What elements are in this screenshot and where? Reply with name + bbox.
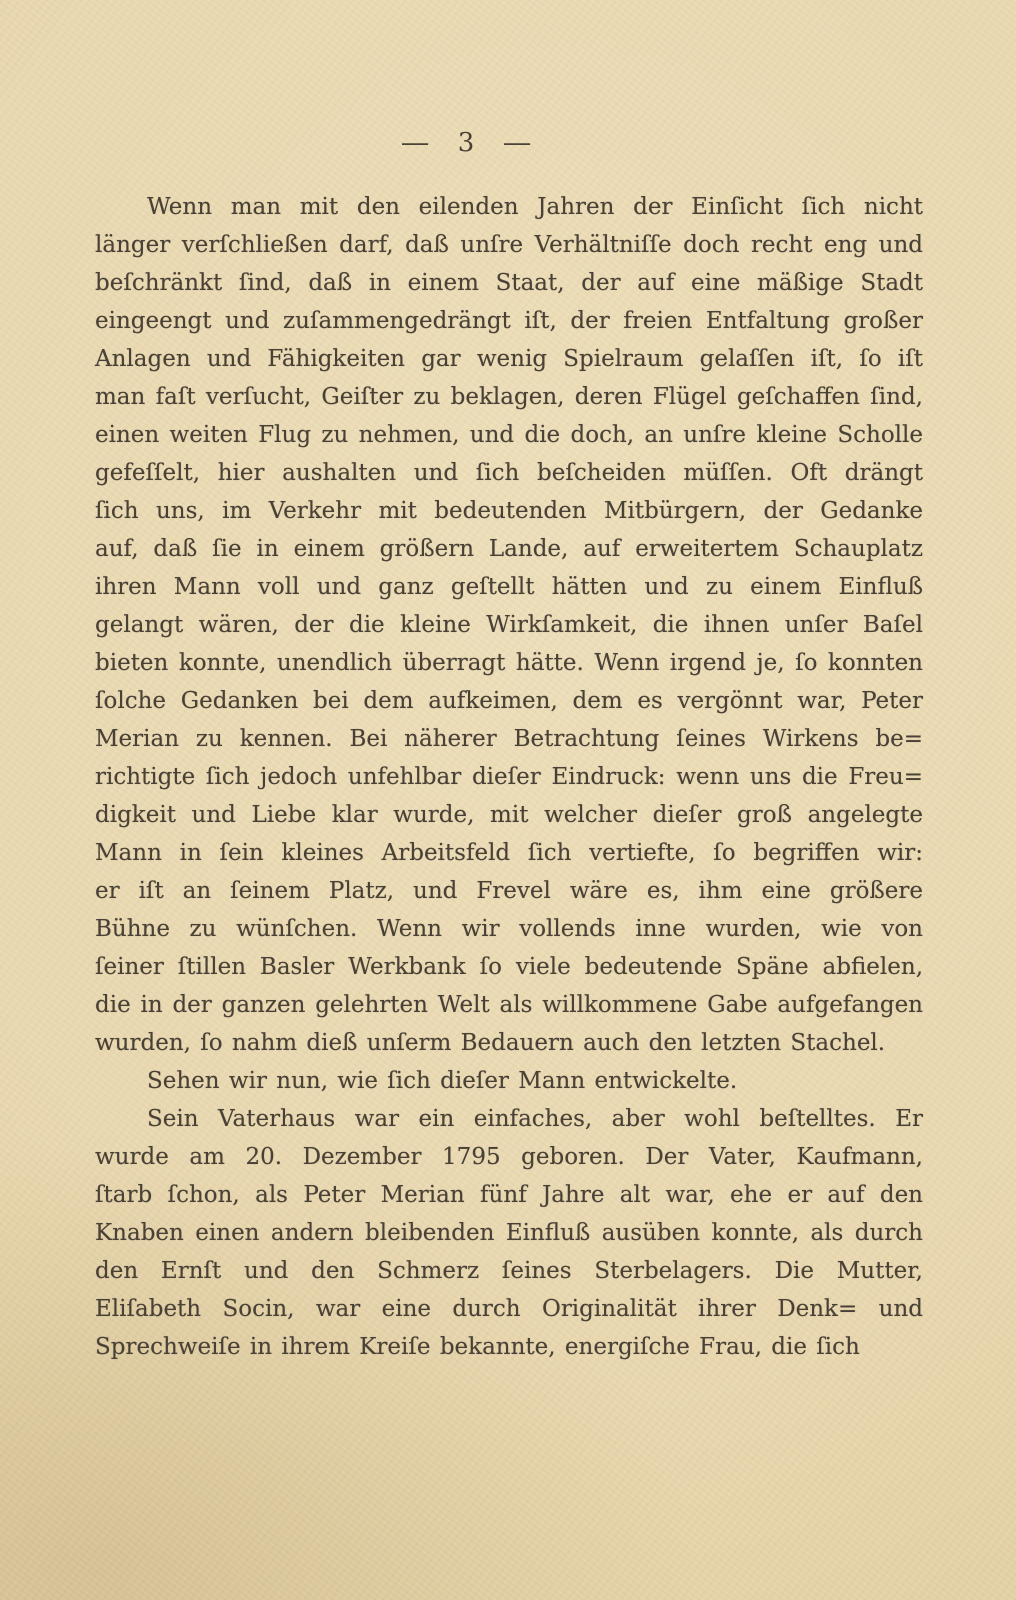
text-line: Bühne zu wünſchen. Wenn wir vollends inn…	[95, 910, 923, 948]
text-line: einen weiten Flug zu nehmen, und die doc…	[95, 416, 923, 454]
text-line: länger verſchließen darf, daß unſre Verh…	[95, 226, 923, 264]
page-text: Wenn man mit den eilenden Jahren der Ein…	[95, 188, 923, 1366]
text-line: Anlagen und Fähigkeiten gar wenig Spielr…	[95, 340, 923, 378]
text-line: gelangt wären, der die kleine Wirkſamkei…	[95, 606, 923, 644]
text-line: beſchränkt ſind, daß in einem Staat, der…	[95, 264, 923, 302]
text-line: Sehen wir nun, wie ſich dieſer Mann entw…	[95, 1062, 923, 1100]
text-line: bieten konnte, unendlich überragt hätte.…	[95, 644, 923, 682]
text-line: den Ernſt und den Schmerz ſeines Sterbel…	[95, 1252, 923, 1290]
text-line: man faſt verſucht, Geiſter zu beklagen, …	[95, 378, 923, 416]
text-line: digkeit und Liebe klar wurde, mit welche…	[95, 796, 923, 834]
page-number-value: 3	[458, 128, 475, 158]
text-line: Sein Vaterhaus war ein einfaches, aber w…	[95, 1100, 923, 1138]
text-line: wurde am 20. Dezember 1795 geboren. Der …	[95, 1138, 923, 1176]
text-line: ſtarb ſchon, als Peter Merian fünf Jahre…	[95, 1176, 923, 1214]
text-line: ſolche Gedanken bei dem aufkeimen, dem e…	[95, 682, 923, 720]
text-line: ſeiner ſtillen Basler Werkbank ſo viele …	[95, 948, 923, 986]
text-line: Wenn man mit den eilenden Jahren der Ein…	[95, 188, 923, 226]
text-line: Mann in ſein kleines Arbeitsfeld ſich ve…	[95, 834, 923, 872]
text-line: Sprechweiſe in ihrem Kreiſe bekannte, en…	[95, 1328, 923, 1366]
text-line: ſich uns, im Verkehr mit bedeutenden Mit…	[95, 492, 923, 530]
text-line: die in der ganzen gelehrten Welt als wil…	[95, 986, 923, 1024]
text-line: ihren Mann voll und ganz geſtellt hätten…	[95, 568, 923, 606]
page-number-dash-left: —	[400, 128, 429, 158]
text-line: Eliſabeth Socin, war eine durch Original…	[95, 1290, 923, 1328]
text-line: auf, daß ſie in einem größern Lande, auf…	[95, 530, 923, 568]
text-line: richtigte ſich jedoch unfehlbar dieſer E…	[95, 758, 923, 796]
text-line: wurden, ſo nahm dieß unſerm Bedauern auc…	[95, 1024, 923, 1062]
text-line: eingeengt und zuſammengedrängt iſt, der …	[95, 302, 923, 340]
text-line: Knaben einen andern bleibenden Einfluß a…	[95, 1214, 923, 1252]
page-number: — 3 —	[0, 128, 932, 158]
text-line: Merian zu kennen. Bei näherer Betrachtun…	[95, 720, 923, 758]
page-number-dash-right: —	[503, 128, 532, 158]
text-line: er iſt an ſeinem Platz, und Frevel wäre …	[95, 872, 923, 910]
text-line: gefeſſelt, hier aushalten und ſich beſch…	[95, 454, 923, 492]
